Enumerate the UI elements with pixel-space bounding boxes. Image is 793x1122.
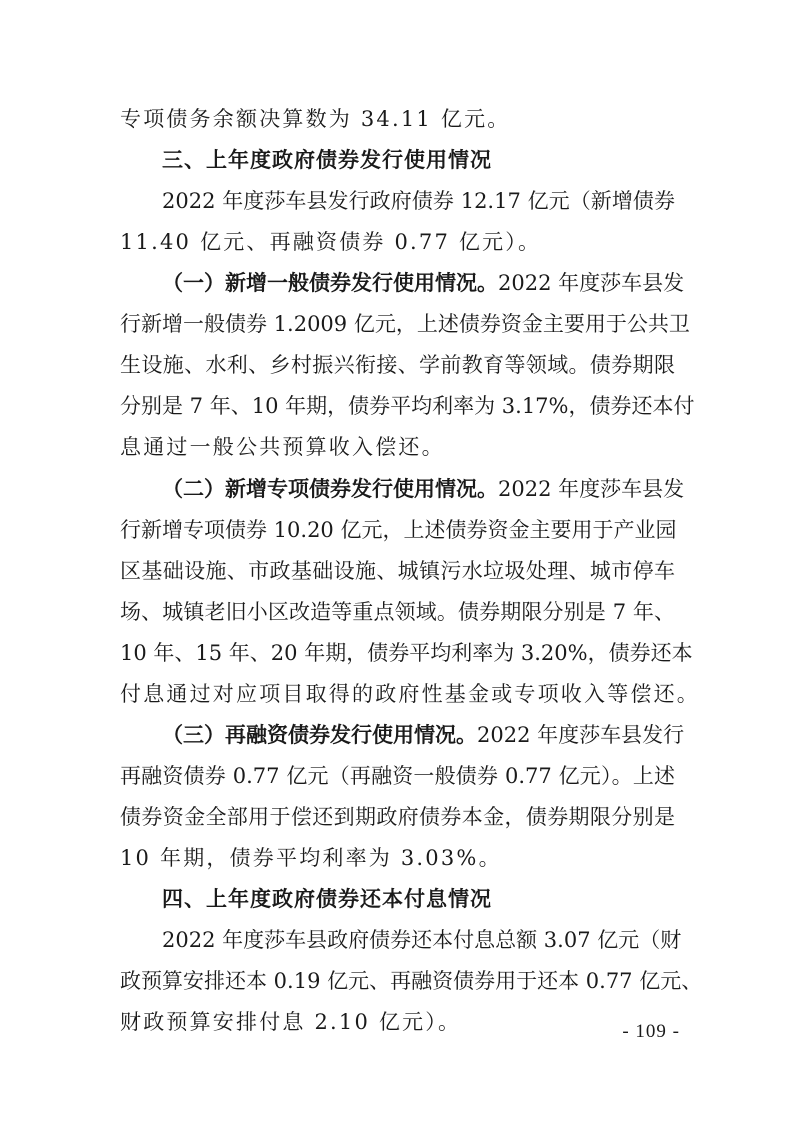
paragraph-line: 场、城镇老旧小区改造等重点领域。债券期限分别是 7 年、 — [120, 598, 675, 626]
section-heading-3: 三、上年度政府债券发行使用情况 — [162, 146, 675, 174]
paragraph-line: 债券资金全部用于偿还到期政府债券本金，债券期限分别是 — [120, 803, 675, 831]
subsection-heading-1: （一）新增一般债券发行使用情况。 — [162, 271, 498, 295]
paragraph-line: 10 年期，债券平均利率为 3.03%。 — [120, 844, 675, 872]
subsection-heading-3: （三）再融资债券发行使用情况。 — [162, 723, 477, 747]
subsection-text: 2022 年度莎车县发 — [498, 271, 684, 295]
paragraph-line: 息通过一般公共预算收入偿还。 — [120, 433, 675, 461]
section-heading-4: 四、上年度政府债券还本付息情况 — [162, 885, 675, 913]
paragraph-line: 行新增专项债券 10.20 亿元，上述债券资金主要用于产业园 — [120, 516, 675, 544]
subsection-line-1: （一）新增一般债券发行使用情况。2022 年度莎车县发 — [162, 269, 675, 297]
document-page: 专项债务余额决算数为 34.11 亿元。 三、上年度政府债券发行使用情况 202… — [0, 0, 793, 1122]
paragraph-line: 分别是 7 年、10 年期，债券平均利率为 3.17%，债券还本付 — [120, 392, 675, 420]
paragraph-line: 政预算安排还本 0.19 亿元、再融资债券用于还本 0.77 亿元、 — [120, 967, 675, 995]
paragraph-line: 付息通过对应项目取得的政府性基金或专项收入等偿还。 — [120, 680, 675, 708]
page-number: - 109 - — [600, 1020, 680, 1044]
paragraph-line: 区基础设施、市政基础设施、城镇污水垃圾处理、城市停车 — [120, 557, 675, 585]
paragraph-line: 11.40 亿元、再融资债券 0.77 亿元）。 — [120, 228, 675, 256]
paragraph-line: 财政预算安排付息 2.10 亿元）。 — [120, 1008, 675, 1036]
paragraph-line: 专项债务余额决算数为 34.11 亿元。 — [120, 105, 675, 133]
paragraph-line: 再融资债券 0.77 亿元（再融资一般债券 0.77 亿元）。上述 — [120, 762, 675, 790]
paragraph-line: 2022 年度莎车县政府债券还本付息总额 3.07 亿元（财 — [162, 926, 675, 954]
paragraph-line: 生设施、水利、乡村振兴衔接、学前教育等领域。债券期限 — [120, 351, 675, 379]
subsection-text: 2022 年度莎车县发 — [498, 477, 684, 501]
paragraph-line: 行新增一般债券 1.2009 亿元，上述债券资金主要用于公共卫 — [120, 310, 675, 338]
subsection-heading-2: （二）新增专项债券发行使用情况。 — [162, 477, 498, 501]
subsection-line-2: （二）新增专项债券发行使用情况。2022 年度莎车县发 — [162, 475, 675, 503]
subsection-line-3: （三）再融资债券发行使用情况。2022 年度莎车县发行 — [162, 721, 675, 749]
paragraph-line: 2022 年度莎车县发行政府债券 12.17 亿元（新增债券 — [162, 187, 675, 215]
subsection-text: 2022 年度莎车县发行 — [477, 723, 684, 747]
paragraph-line: 10 年、15 年、20 年期，债券平均利率为 3.20%，债券还本 — [120, 639, 675, 667]
